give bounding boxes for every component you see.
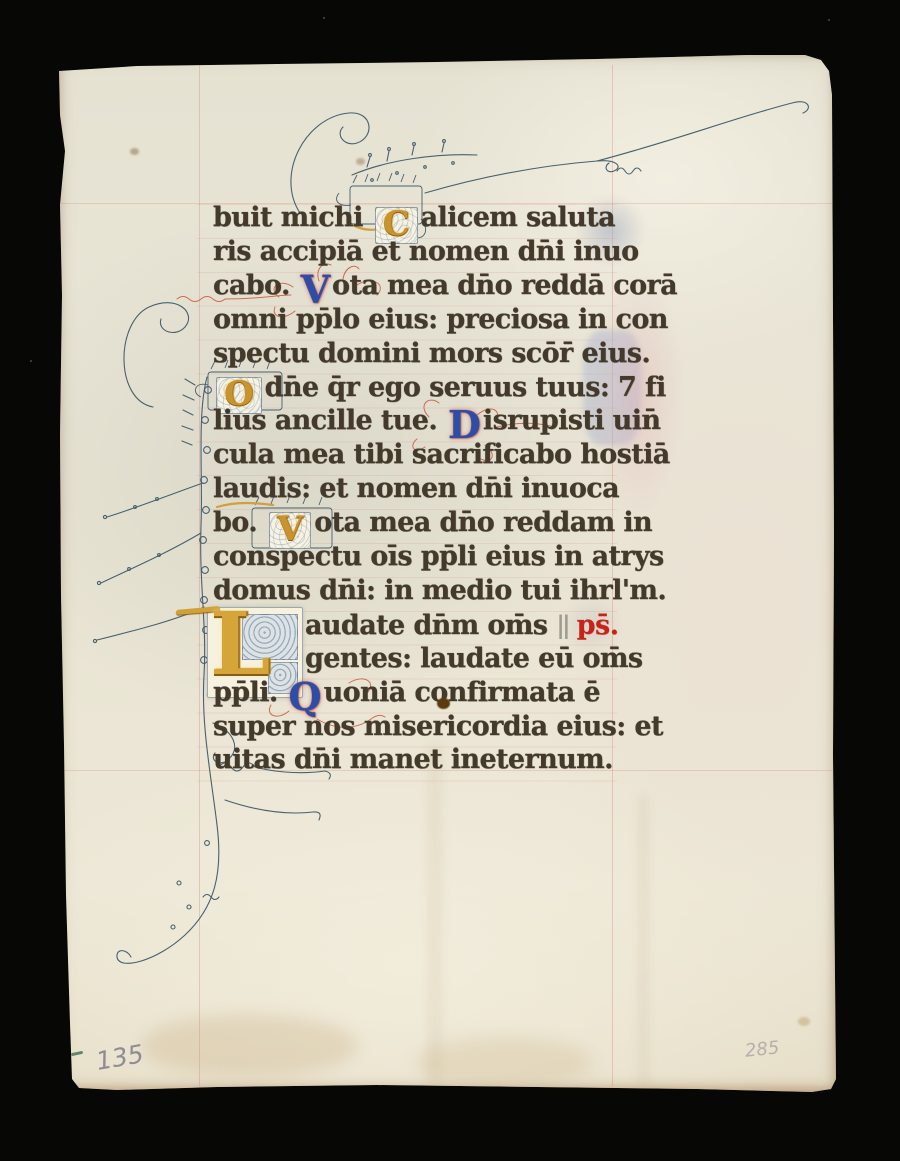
pencil-number-bottom-left: 135 bbox=[94, 1039, 146, 1076]
script-text: ris accipiā et nomen dn̄i inuo bbox=[213, 236, 639, 267]
stain bbox=[356, 158, 365, 165]
line-filler: || bbox=[556, 610, 567, 639]
stain bbox=[130, 148, 139, 155]
photo-background: { "annotations": { "bottom_left_number":… bbox=[0, 0, 900, 1161]
script-text: ota mea dn̄o reddam in bbox=[314, 507, 652, 538]
script-text: pp̄li. bbox=[213, 677, 286, 708]
stain bbox=[142, 1015, 357, 1077]
script-text: super nos misericordia eius: et bbox=[213, 711, 663, 742]
ink-blot-stain bbox=[437, 698, 450, 709]
manuscript-line-8: cula mea tibi sacrificabo hostiā bbox=[213, 440, 670, 474]
dust-speck bbox=[30, 360, 32, 362]
manuscript-line-17: uitas dn̄i manet ineternum. bbox=[213, 745, 613, 779]
script-text: gentes: laudate eū om̄s bbox=[305, 643, 643, 674]
green-tick-mark bbox=[71, 1051, 83, 1056]
dust-speck bbox=[323, 17, 325, 19]
dust-speck bbox=[828, 19, 830, 21]
script-text: omni pp̄lo eius: preciosa in con bbox=[213, 304, 668, 335]
script-text: ota mea dn̄o reddā corā bbox=[332, 270, 677, 301]
manuscript-line-10: bo. Vota mea dn̄o reddam in bbox=[213, 508, 652, 542]
manuscript-line-15: pp̄li. Quoniā confirmata ē bbox=[213, 678, 600, 712]
rubric-text: ps̄. bbox=[568, 610, 619, 641]
script-text: conspectu oīs pp̄li eius in atrys bbox=[213, 541, 664, 572]
manuscript-line-9: laudis: et nomen dn̄i inuoca bbox=[213, 474, 619, 508]
manuscript-line-13: audate dn̄m om̄s || ps̄. bbox=[305, 610, 619, 644]
script-text: domus dn̄i: in medio tui ihrl'm. bbox=[213, 575, 666, 606]
blue-initial: V bbox=[301, 277, 330, 303]
manuscript-line-2: ris accipiā et nomen dn̄i inuo bbox=[213, 237, 639, 271]
script-text: bo. bbox=[213, 507, 266, 538]
script-text: spectu domini mors scōr̄ eius. bbox=[213, 338, 650, 369]
manuscript-line-6: Odn̄e q̄r ego seruus tuus: 7 fi bbox=[213, 373, 666, 407]
script-text: cula mea tibi sacrificabo hostiā bbox=[213, 439, 670, 470]
manuscript-line-4: omni pp̄lo eius: preciosa in con bbox=[213, 305, 668, 339]
script-text: alicem saluta bbox=[421, 202, 615, 233]
script-text: audate dn̄m om̄s bbox=[305, 610, 556, 641]
manuscript-line-14: gentes: laudate eū om̄s bbox=[305, 644, 643, 678]
manuscript-line-1: buit michi Calicem saluta bbox=[213, 203, 615, 237]
text-block: buit michi Calicem salutaris accipiā et … bbox=[213, 203, 673, 853]
script-text: lius ancille tue. bbox=[213, 405, 446, 436]
script-text: isrupisti uin̄ bbox=[483, 405, 661, 436]
manuscript-leaf: L buit michi Calicem salutaris accipiā e… bbox=[57, 55, 836, 1092]
blue-initial: Q bbox=[288, 684, 321, 710]
script-text: cabo. bbox=[213, 270, 299, 301]
script-text: buit michi bbox=[213, 202, 372, 233]
script-text: uitas dn̄i manet ineternum. bbox=[213, 744, 613, 775]
manuscript-line-12: domus dn̄i: in medio tui ihrl'm. bbox=[213, 576, 666, 610]
script-text: uoniā confirmata ē bbox=[324, 677, 600, 708]
manuscript-line-7: lius ancille tue. Disrupisti uin̄ bbox=[213, 406, 660, 440]
pencil-number-bottom-right: 285 bbox=[744, 1037, 780, 1061]
manuscript-line-3: cabo. Vota mea dn̄o reddā corā bbox=[213, 271, 677, 305]
manuscript-line-5: spectu domini mors scōr̄ eius. bbox=[213, 339, 650, 373]
stain bbox=[798, 1017, 810, 1026]
blue-initial: D bbox=[448, 412, 481, 438]
script-text: dn̄e q̄r ego seruus tuus: 7 fi bbox=[265, 372, 666, 403]
manuscript-line-16: super nos misericordia eius: et bbox=[213, 712, 663, 746]
script-text: laudis: et nomen dn̄i inuoca bbox=[213, 473, 619, 504]
manuscript-line-11: conspectu oīs pp̄li eius in atrys bbox=[213, 542, 664, 576]
stain bbox=[417, 1037, 592, 1089]
